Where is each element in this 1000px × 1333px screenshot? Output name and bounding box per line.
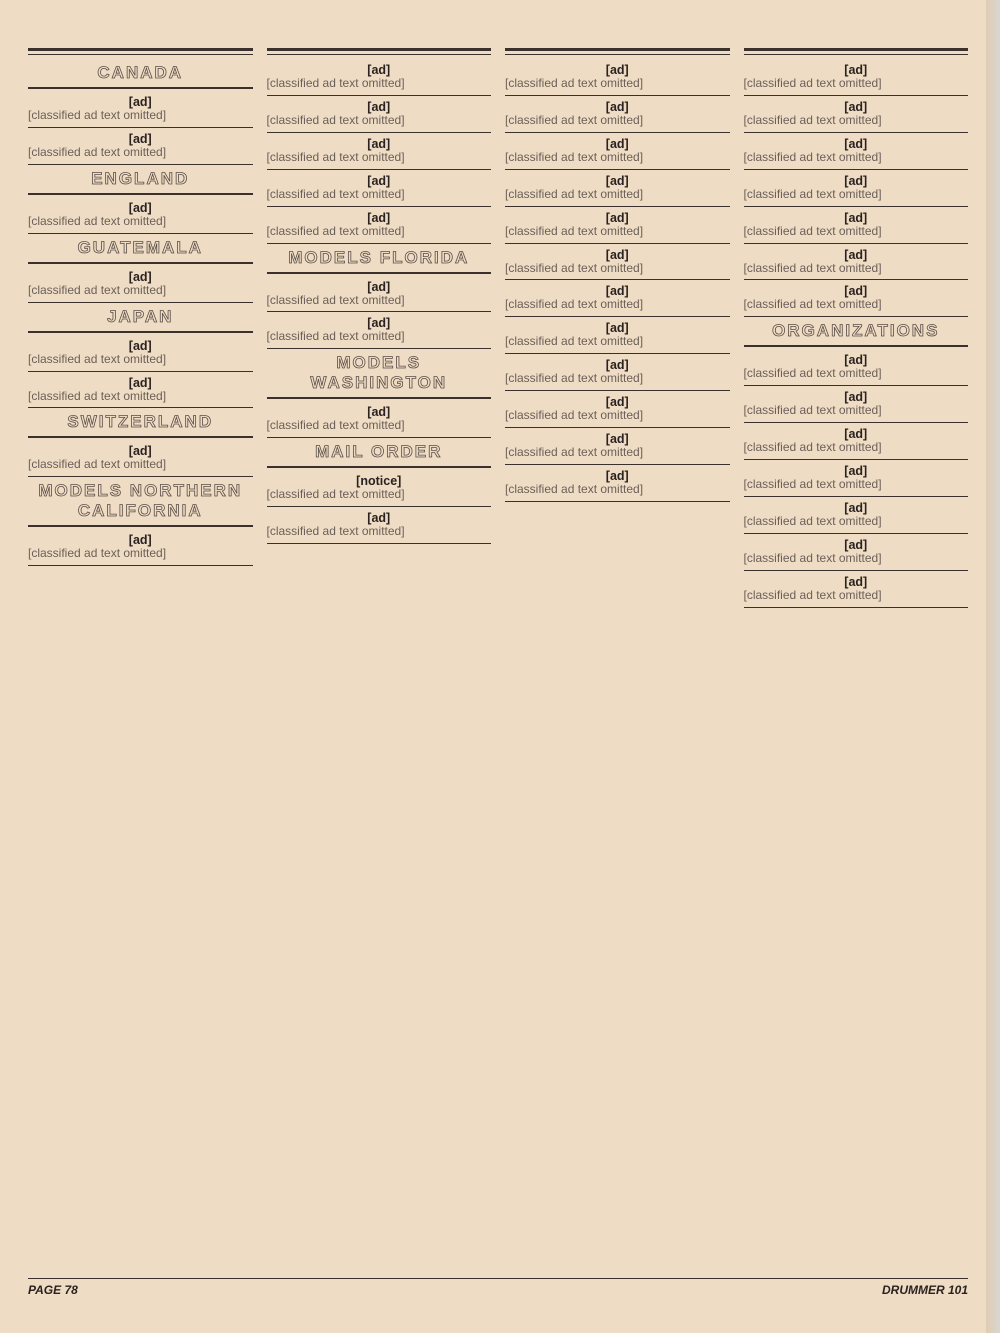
ad-body: [classified ad text omitted] bbox=[28, 109, 253, 123]
classified-ad: [ad][classified ad text omitted] bbox=[744, 425, 969, 460]
ad-body: [classified ad text omitted] bbox=[744, 77, 969, 91]
section-header: ORGANIZATIONS bbox=[744, 319, 969, 347]
ad-body: [classified ad text omitted] bbox=[28, 284, 253, 298]
ad-heading: [ad] bbox=[267, 137, 492, 151]
section-header: GUATEMALA bbox=[28, 236, 253, 264]
ad-heading: [ad] bbox=[267, 511, 492, 525]
ad-heading: [ad] bbox=[744, 501, 969, 515]
section-header: MODELS WASHINGTON bbox=[267, 351, 492, 399]
ad-heading: [ad] bbox=[267, 316, 492, 330]
ad-heading: [ad] bbox=[744, 538, 969, 552]
classified-ad: [ad][classified ad text omitted] bbox=[505, 135, 730, 170]
issue-label: DRUMMER 101 bbox=[882, 1283, 968, 1297]
classified-ad: [ad][classified ad text omitted] bbox=[744, 246, 969, 281]
ad-body: [classified ad text omitted] bbox=[505, 151, 730, 165]
column: CANADA[ad][classified ad text omitted][a… bbox=[28, 48, 253, 1268]
ad-body: [classified ad text omitted] bbox=[505, 298, 730, 312]
ad-body: [classified ad text omitted] bbox=[505, 262, 730, 276]
ad-heading: [ad] bbox=[28, 339, 253, 353]
ad-heading: [ad] bbox=[505, 469, 730, 483]
section-header: ENGLAND bbox=[28, 167, 253, 195]
ad-heading: [ad] bbox=[744, 464, 969, 478]
classified-ad: [ad][classified ad text omitted] bbox=[505, 467, 730, 502]
ad-body: [classified ad text omitted] bbox=[744, 441, 969, 455]
page-footer: PAGE 78 DRUMMER 101 bbox=[28, 1278, 968, 1297]
classified-ad: [ad][classified ad text omitted] bbox=[28, 130, 253, 165]
classified-ad: [ad][classified ad text omitted] bbox=[505, 430, 730, 465]
ad-heading: [ad] bbox=[505, 137, 730, 151]
classified-ad: [ad][classified ad text omitted] bbox=[505, 61, 730, 96]
ad-body: [classified ad text omitted] bbox=[28, 458, 253, 472]
ad-heading: [ad] bbox=[505, 284, 730, 298]
ad-heading: [ad] bbox=[267, 100, 492, 114]
ad-heading: [ad] bbox=[744, 353, 969, 367]
double-rule bbox=[267, 48, 492, 55]
ad-body: [classified ad text omitted] bbox=[505, 372, 730, 386]
ad-body: [classified ad text omitted] bbox=[505, 446, 730, 460]
page-edge bbox=[986, 0, 1000, 1333]
ad-heading: [ad] bbox=[267, 211, 492, 225]
ad-body: [classified ad text omitted] bbox=[267, 151, 492, 165]
classified-ad: [ad][classified ad text omitted] bbox=[267, 509, 492, 544]
ad-body: [classified ad text omitted] bbox=[505, 335, 730, 349]
ad-heading: [ad] bbox=[744, 137, 969, 151]
ad-body: [classified ad text omitted] bbox=[505, 188, 730, 202]
classified-ad: [ad][classified ad text omitted] bbox=[744, 209, 969, 244]
classified-ad: [ad][classified ad text omitted] bbox=[28, 199, 253, 234]
ad-body: [classified ad text omitted] bbox=[744, 515, 969, 529]
ad-body: [classified ad text omitted] bbox=[267, 330, 492, 344]
ad-heading: [ad] bbox=[267, 63, 492, 77]
ad-body: [classified ad text omitted] bbox=[267, 114, 492, 128]
classified-ad: [ad][classified ad text omitted] bbox=[744, 61, 969, 96]
ad-heading: [ad] bbox=[267, 174, 492, 188]
classified-ad: [ad][classified ad text omitted] bbox=[744, 135, 969, 170]
classified-ad: [ad][classified ad text omitted] bbox=[744, 388, 969, 423]
ad-heading: [ad] bbox=[28, 444, 253, 458]
ad-heading: [ad] bbox=[28, 533, 253, 547]
ad-body: [classified ad text omitted] bbox=[267, 525, 492, 539]
ad-heading: [ad] bbox=[744, 63, 969, 77]
ad-body: [classified ad text omitted] bbox=[267, 225, 492, 239]
classified-ad: [ad][classified ad text omitted] bbox=[267, 278, 492, 313]
ad-heading: [ad] bbox=[505, 432, 730, 446]
classified-ad: [ad][classified ad text omitted] bbox=[744, 536, 969, 571]
classified-ad: [ad][classified ad text omitted] bbox=[267, 135, 492, 170]
ad-heading: [ad] bbox=[744, 174, 969, 188]
classified-ad: [ad][classified ad text omitted] bbox=[267, 403, 492, 438]
ad-heading: [ad] bbox=[505, 211, 730, 225]
classified-ad: [ad][classified ad text omitted] bbox=[744, 499, 969, 534]
classified-ad: [ad][classified ad text omitted] bbox=[267, 172, 492, 207]
classified-ad: [ad][classified ad text omitted] bbox=[744, 172, 969, 207]
classified-ad: [ad][classified ad text omitted] bbox=[28, 442, 253, 477]
ad-body: [classified ad text omitted] bbox=[28, 353, 253, 367]
classified-ad: [ad][classified ad text omitted] bbox=[744, 98, 969, 133]
ad-heading: [ad] bbox=[28, 95, 253, 109]
classifieds-page: CANADA[ad][classified ad text omitted][a… bbox=[28, 48, 968, 1268]
classified-ad: [ad][classified ad text omitted] bbox=[744, 573, 969, 608]
classified-ad: [ad][classified ad text omitted] bbox=[28, 374, 253, 409]
ad-heading: [ad] bbox=[505, 174, 730, 188]
ad-body: [classified ad text omitted] bbox=[744, 225, 969, 239]
ad-body: [classified ad text omitted] bbox=[744, 478, 969, 492]
ad-body: [classified ad text omitted] bbox=[505, 77, 730, 91]
ad-heading: [ad] bbox=[505, 248, 730, 262]
classified-ad: [ad][classified ad text omitted] bbox=[28, 531, 253, 566]
ad-heading: [ad] bbox=[744, 100, 969, 114]
ad-body: [classified ad text omitted] bbox=[744, 367, 969, 381]
ad-body: [classified ad text omitted] bbox=[744, 589, 969, 603]
classified-ad: [notice][classified ad text omitted] bbox=[267, 472, 492, 507]
classified-ad: [ad][classified ad text omitted] bbox=[744, 351, 969, 386]
ad-body: [classified ad text omitted] bbox=[744, 114, 969, 128]
page-number: PAGE 78 bbox=[28, 1283, 78, 1297]
classified-ad: [ad][classified ad text omitted] bbox=[744, 462, 969, 497]
classified-ad: [ad][classified ad text omitted] bbox=[505, 172, 730, 207]
ad-heading: [ad] bbox=[505, 100, 730, 114]
classified-ad: [ad][classified ad text omitted] bbox=[505, 98, 730, 133]
classified-ad: [ad][classified ad text omitted] bbox=[28, 337, 253, 372]
ad-heading: [ad] bbox=[505, 358, 730, 372]
ad-heading: [ad] bbox=[267, 405, 492, 419]
double-rule bbox=[744, 48, 969, 55]
section-header: MODELS NORTHERN CALIFORNIA bbox=[28, 479, 253, 527]
ad-heading: [notice] bbox=[267, 474, 492, 488]
ad-heading: [ad] bbox=[744, 427, 969, 441]
ad-heading: [ad] bbox=[267, 280, 492, 294]
classified-ad: [ad][classified ad text omitted] bbox=[267, 314, 492, 349]
ad-heading: [ad] bbox=[744, 575, 969, 589]
classified-ad: [ad][classified ad text omitted] bbox=[267, 61, 492, 96]
ad-heading: [ad] bbox=[505, 321, 730, 335]
ad-body: [classified ad text omitted] bbox=[744, 404, 969, 418]
classified-ad: [ad][classified ad text omitted] bbox=[505, 356, 730, 391]
ad-heading: [ad] bbox=[505, 63, 730, 77]
double-rule bbox=[505, 48, 730, 55]
column: [ad][classified ad text omitted][ad][cla… bbox=[744, 48, 969, 1268]
section-header: MAIL ORDER bbox=[267, 440, 492, 468]
column: [ad][classified ad text omitted][ad][cla… bbox=[505, 48, 730, 1268]
ad-heading: [ad] bbox=[744, 284, 969, 298]
ad-body: [classified ad text omitted] bbox=[505, 483, 730, 497]
ad-body: [classified ad text omitted] bbox=[28, 547, 253, 561]
ad-body: [classified ad text omitted] bbox=[267, 419, 492, 433]
ad-body: [classified ad text omitted] bbox=[28, 146, 253, 160]
ad-heading: [ad] bbox=[744, 211, 969, 225]
column: [ad][classified ad text omitted][ad][cla… bbox=[267, 48, 492, 1268]
ad-heading: [ad] bbox=[28, 132, 253, 146]
ad-heading: [ad] bbox=[744, 390, 969, 404]
ad-heading: [ad] bbox=[28, 201, 253, 215]
ad-body: [classified ad text omitted] bbox=[744, 262, 969, 276]
section-header: JAPAN bbox=[28, 305, 253, 333]
ad-body: [classified ad text omitted] bbox=[744, 188, 969, 202]
classified-ad: [ad][classified ad text omitted] bbox=[505, 282, 730, 317]
classified-ad: [ad][classified ad text omitted] bbox=[28, 268, 253, 303]
ad-heading: [ad] bbox=[744, 248, 969, 262]
ad-body: [classified ad text omitted] bbox=[505, 225, 730, 239]
classified-ad: [ad][classified ad text omitted] bbox=[505, 319, 730, 354]
ad-body: [classified ad text omitted] bbox=[267, 488, 492, 502]
ad-heading: [ad] bbox=[28, 270, 253, 284]
ad-body: [classified ad text omitted] bbox=[267, 77, 492, 91]
classified-ad: [ad][classified ad text omitted] bbox=[267, 98, 492, 133]
ad-body: [classified ad text omitted] bbox=[744, 151, 969, 165]
classified-ad: [ad][classified ad text omitted] bbox=[505, 246, 730, 281]
ad-body: [classified ad text omitted] bbox=[744, 552, 969, 566]
classified-ad: [ad][classified ad text omitted] bbox=[267, 209, 492, 244]
double-rule bbox=[28, 48, 253, 55]
classified-ad: [ad][classified ad text omitted] bbox=[505, 209, 730, 244]
ad-body: [classified ad text omitted] bbox=[267, 188, 492, 202]
ad-body: [classified ad text omitted] bbox=[505, 409, 730, 423]
ad-heading: [ad] bbox=[505, 395, 730, 409]
classified-ad: [ad][classified ad text omitted] bbox=[744, 282, 969, 317]
section-header: MODELS FLORIDA bbox=[267, 246, 492, 274]
ad-heading: [ad] bbox=[28, 376, 253, 390]
ad-body: [classified ad text omitted] bbox=[28, 215, 253, 229]
ad-body: [classified ad text omitted] bbox=[505, 114, 730, 128]
ad-body: [classified ad text omitted] bbox=[267, 294, 492, 308]
classified-ad: [ad][classified ad text omitted] bbox=[505, 393, 730, 428]
ad-body: [classified ad text omitted] bbox=[28, 390, 253, 404]
section-header: CANADA bbox=[28, 61, 253, 89]
section-header: SWITZERLAND bbox=[28, 410, 253, 438]
classified-ad: [ad][classified ad text omitted] bbox=[28, 93, 253, 128]
ad-body: [classified ad text omitted] bbox=[744, 298, 969, 312]
